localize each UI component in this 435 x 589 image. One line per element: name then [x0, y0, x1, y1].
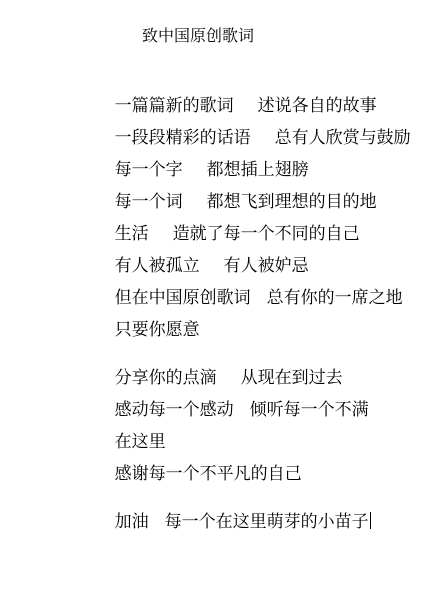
lyric-phrase: 感谢每一个不平凡的自己 [115, 464, 302, 484]
lyric-phrase: 只要你愿意 [115, 320, 200, 340]
lyric-phrase: 每一个在这里萌芽的小苗子 [165, 512, 369, 532]
lyric-phrase: 加油 [115, 512, 149, 532]
lyric-line: 加油每一个在这里萌芽的小苗子 [93, 489, 371, 555]
document-title: 致中国原创歌词 [142, 26, 254, 46]
text-cursor [370, 512, 371, 529]
lyric-phrase: 倾听每一个不满 [250, 400, 369, 420]
lyric-phrase: 总有你的一席之地 [267, 288, 403, 308]
